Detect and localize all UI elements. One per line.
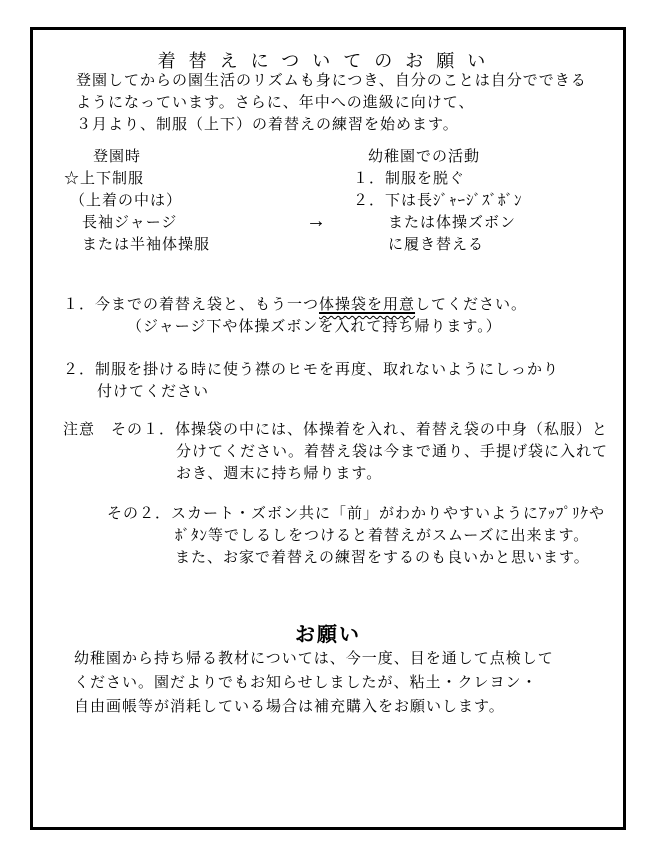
request-line-2: ください。園だよりでもお知らせしましたが、粘土・クレヨン・ — [74, 674, 538, 693]
intro-line-3: ３月より、制服（上下）の着替えの練習を始めます。 — [76, 116, 459, 135]
left-column-row-3: 長袖ジャージ — [82, 214, 177, 233]
note2-line-3: また、お家で着替えの練習をするのも良いかと思います。 — [175, 549, 590, 568]
right-column-heading: 幼稚園での活動 — [368, 148, 480, 167]
note2-line-1: その２．スカート・ズボン共に「前」がわかりやすいようにｱｯﾌﾟﾘｹや — [107, 505, 605, 524]
note2-line-2: ﾎﾞﾀﾝ等でしるしをつけると着替えがスムーズに出来ます。 — [175, 527, 589, 546]
right-arrow-icon: → — [306, 210, 326, 233]
item1-emphasized-text: 体操袋を用意 — [319, 297, 415, 313]
request-line-3: 自由画帳等が消耗している場合は補充購入をお願いします。 — [74, 698, 505, 717]
note1-line-2: 分けてください。着替え袋は今まで通り、手提げ袋に入れて — [176, 443, 608, 462]
item1-line-2: （ジャージ下や体操ズボンを入れて持ち帰ります。） — [127, 318, 502, 337]
item2-line-2: 付けてください — [97, 383, 209, 402]
left-column-heading: 登園時 — [93, 148, 141, 167]
item1-prefix: １．今までの着替え袋と、もう一つ — [63, 297, 319, 313]
item1-emphasized-underline: 体操袋を用意 — [319, 297, 415, 313]
document-title: 着替えについてのお願い — [30, 47, 626, 73]
item1-suffix: してください。 — [415, 297, 527, 313]
note1-line-1: 注意 その１．体操袋の中には、体操着を入れ、着替え袋の中身（私服）と — [63, 421, 608, 440]
notice-page: 着替えについてのお願い 登園してからの園生活のリズムも身につき、自分のことは自分… — [0, 0, 658, 858]
right-column-row-3: または体操ズボン — [388, 214, 516, 233]
left-column-row-1: ☆上下制服 — [64, 170, 144, 189]
intro-line-2: ようになっています。さらに、年中への進級に向けて、 — [76, 94, 475, 113]
note1-line-3: おき、週末に持ち帰ります。 — [176, 465, 382, 484]
item1-line-1: １．今までの着替え袋と、もう一つ体操袋を用意してください。 — [63, 296, 527, 315]
left-column-row-4: または半袖体操服 — [82, 236, 210, 255]
right-column-row-1: １．制服を脱ぐ — [353, 170, 465, 189]
item2-line-1: ２．制服を掛ける時に使う襟のヒモを再度、取れないようにしっかり — [63, 361, 559, 380]
left-column-row-2: （上着の中は） — [70, 192, 182, 211]
request-heading: お願い — [30, 618, 626, 647]
right-column-row-4: に履き替える — [388, 236, 484, 255]
right-column-row-2: ２．下は長ｼﾞｬｰｼﾞｽﾞﾎﾞﾝ — [353, 192, 523, 211]
request-line-1: 幼稚園から持ち帰る教材については、今一度、目を通して点検して — [74, 650, 554, 669]
intro-line-1: 登園してからの園生活のリズムも身につき、自分のことは自分でできる — [76, 72, 587, 91]
